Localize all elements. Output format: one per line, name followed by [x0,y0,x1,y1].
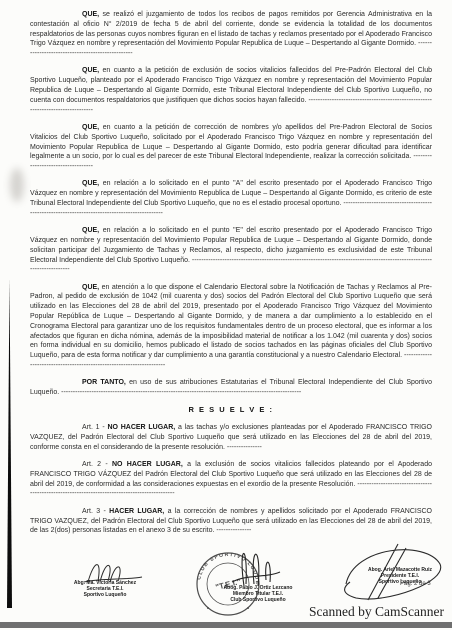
heading-resuelve: R E S U E L V E : [30,405,432,415]
camscanner-watermark: Scanned by CamScanner [309,604,444,620]
document-body: QUE, se realizó el juzgamiento de todos … [30,10,432,544]
para-art-1: Art. 1 - NO HACER LUGAR, a las tachas y/… [30,423,432,452]
para-por-tanto: POR TANTO, en uso de sus atribuciones Es… [30,378,432,398]
para-que-6: QUE, en atención a lo que dispone el Cal… [30,283,432,371]
tei-club-stamp: CLUB SPORTIVO LUQUEÑO "T.E.I." [192,546,264,618]
para-que-1: QUE, se realizó el juzgamiento de todos … [30,10,432,59]
scan-smudge-artifact [10,168,24,202]
signatory-org: Club Sportivo Luqueño [203,597,313,603]
para-que-3: QUE, en cuanto a la petición de correcci… [30,123,432,172]
signature-block-miembro: Abog. Pablo J. Ortiz Lezcano Miembro Tit… [203,585,313,604]
signature-block-secretaria: Abg. Ma. Victoria Sánchez Secretaria T.E… [40,580,170,599]
para-que-5: QUE, en relación a lo solicitado en el p… [30,226,432,275]
para-art-3: Art. 3 - HACER LUGAR, a la corrección de… [30,507,432,536]
scan-bottom-bar [0,622,452,628]
page-number-label: Pag. 2 de 3 [400,581,431,587]
para-que-2: QUE, en cuanto a la petición de exclusió… [30,66,432,115]
para-art-2: Art. 2 - NO HACER LUGAR, a la exclusión … [30,460,432,499]
signatory-org: Sportivo Luqueño [40,592,170,598]
para-que-4: QUE, en relación a lo solicitado en el p… [30,179,432,218]
scan-edge-shadow [7,278,13,608]
scanned-document-page: QUE, se realizó el juzgamiento de todos … [0,0,452,630]
